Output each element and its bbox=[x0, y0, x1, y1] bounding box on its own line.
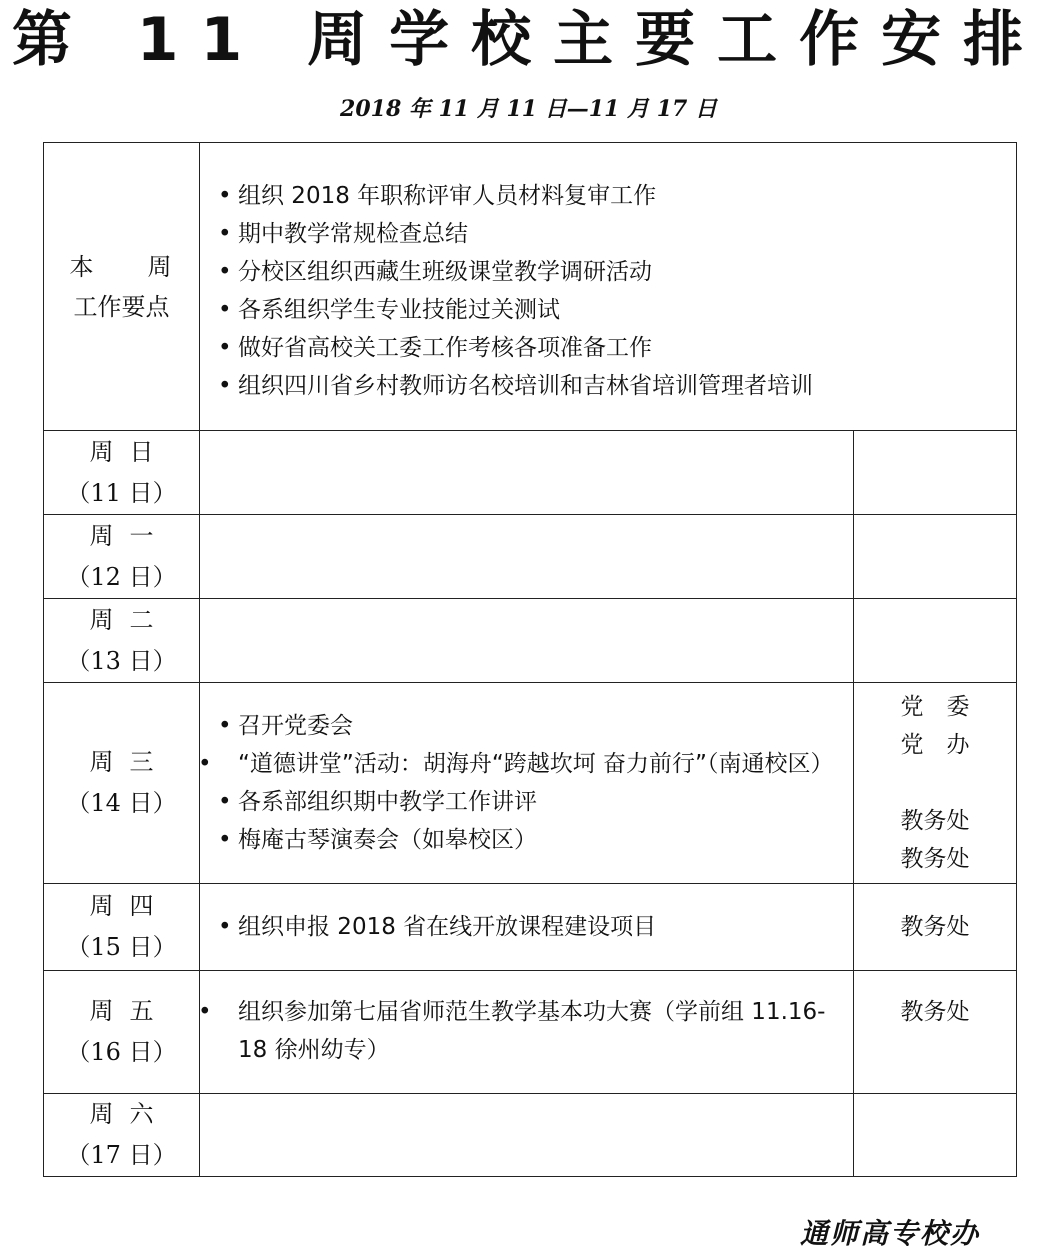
bullet-icon: • bbox=[218, 367, 238, 405]
task-text: “道德讲堂”活动：胡海舟“跨越坎坷 奋力前行”（南通校区） bbox=[238, 751, 833, 777]
task-item: •召开党委会 bbox=[218, 707, 853, 745]
weekday: 周二 bbox=[44, 600, 199, 641]
bullet-icon: • bbox=[218, 177, 238, 215]
weekday: 周三 bbox=[44, 742, 199, 783]
day-label: 周日（11 日） bbox=[44, 431, 200, 515]
day-tasks: •召开党委会 •“道德讲堂”活动：胡海舟“跨越坎坷 奋力前行”（南通校区） •各… bbox=[200, 683, 854, 884]
day-label: 周一（12 日） bbox=[44, 515, 200, 599]
key-point-item: •做好省高校关工委工作考核各项准备工作 bbox=[218, 329, 1016, 367]
day-dept bbox=[854, 599, 1017, 683]
key-points-label-line2: 工作要点 bbox=[44, 287, 199, 327]
bullet-icon: • bbox=[218, 783, 238, 821]
key-points-content: •组织 2018 年职称评审人员材料复审工作 •期中教学常规检查总结 •分校区组… bbox=[200, 143, 1017, 431]
key-point-text: 做好省高校关工委工作考核各项准备工作 bbox=[238, 335, 652, 361]
bullet-icon: • bbox=[218, 745, 238, 783]
dept-label: 教务处 bbox=[854, 802, 1016, 840]
key-point-text: 各系组织学生专业技能过关测试 bbox=[238, 297, 560, 323]
key-point-text: 组织四川省乡村教师访名校培训和吉林省培训管理者培训 bbox=[238, 373, 813, 399]
key-points-row: 本 周 工作要点 •组织 2018 年职称评审人员材料复审工作 •期中教学常规检… bbox=[44, 143, 1017, 431]
dept-label: 教务处 bbox=[854, 993, 1016, 1031]
dept-label: 党 办 bbox=[854, 726, 1016, 764]
day-dept: 教务处 bbox=[854, 884, 1017, 971]
bullet-icon: • bbox=[218, 253, 238, 291]
day-label: 周二（13 日） bbox=[44, 599, 200, 683]
key-point-item: •各系组织学生专业技能过关测试 bbox=[218, 291, 1016, 329]
key-point-item: •期中教学常规检查总结 bbox=[218, 215, 1016, 253]
day-row-saturday: 周六（17 日） bbox=[44, 1094, 1017, 1177]
dept-label: 教务处 bbox=[854, 908, 1016, 946]
task-text: 召开党委会 bbox=[238, 713, 353, 739]
dept-label bbox=[854, 764, 1016, 802]
day-dept bbox=[854, 1094, 1017, 1177]
page-title: 第 11 周学校主要工作安排 bbox=[0, 4, 1057, 76]
day-tasks: •组织申报 2018 省在线开放课程建设项目 bbox=[200, 884, 854, 971]
day-tasks: •组织参加第七届省师范生教学基本功大赛（学前组 11.16-18 徐州幼专） bbox=[200, 971, 854, 1094]
day-row-friday: 周五（16 日） •组织参加第七届省师范生教学基本功大赛（学前组 11.16-1… bbox=[44, 971, 1017, 1094]
key-point-text: 期中教学常规检查总结 bbox=[238, 221, 468, 247]
key-point-text: 分校区组织西藏生班级课堂教学调研活动 bbox=[238, 259, 652, 285]
day-row-monday: 周一（12 日） bbox=[44, 515, 1017, 599]
task-item: •梅庵古琴演奏会（如皋校区） bbox=[218, 821, 853, 859]
day-date: （14 日） bbox=[44, 783, 199, 824]
bullet-icon: • bbox=[218, 215, 238, 253]
key-point-item: •分校区组织西藏生班级课堂教学调研活动 bbox=[218, 253, 1016, 291]
day-row-wednesday: 周三（14 日） •召开党委会 •“道德讲堂”活动：胡海舟“跨越坎坷 奋力前行”… bbox=[44, 683, 1017, 884]
bullet-icon: • bbox=[218, 707, 238, 745]
bullet-icon: • bbox=[218, 908, 238, 946]
day-label: 周四（15 日） bbox=[44, 884, 200, 971]
key-points-label: 本 周 工作要点 bbox=[44, 143, 200, 431]
key-points-label-line1: 本 周 bbox=[44, 247, 199, 287]
day-date: （17 日） bbox=[44, 1135, 199, 1176]
issuer-signature: 通师高专校办 bbox=[800, 1212, 980, 1252]
date-range: 2018 年 11 月 11 日—11 月 17 日 bbox=[0, 92, 1057, 126]
task-item: •组织参加第七届省师范生教学基本功大赛（学前组 11.16-18 徐州幼专） bbox=[218, 993, 853, 1069]
day-tasks bbox=[200, 1094, 854, 1177]
day-tasks bbox=[200, 431, 854, 515]
task-item: •“道德讲堂”活动：胡海舟“跨越坎坷 奋力前行”（南通校区） bbox=[218, 745, 853, 783]
day-tasks bbox=[200, 599, 854, 683]
day-dept bbox=[854, 515, 1017, 599]
task-text: 组织参加第七届省师范生教学基本功大赛（学前组 11.16-18 徐州幼专） bbox=[238, 999, 825, 1063]
day-label: 周五（16 日） bbox=[44, 971, 200, 1094]
bullet-icon: • bbox=[218, 329, 238, 367]
day-dept: 教务处 bbox=[854, 971, 1017, 1094]
key-point-item: •组织 2018 年职称评审人员材料复审工作 bbox=[218, 177, 1016, 215]
key-point-item: •组织四川省乡村教师访名校培训和吉林省培训管理者培训 bbox=[218, 367, 1016, 405]
task-text: 各系部组织期中教学工作讲评 bbox=[238, 789, 537, 815]
task-item: •各系部组织期中教学工作讲评 bbox=[218, 783, 853, 821]
day-label: 周三（14 日） bbox=[44, 683, 200, 884]
key-point-text: 组织 2018 年职称评审人员材料复审工作 bbox=[238, 183, 656, 209]
weekday: 周六 bbox=[44, 1094, 199, 1135]
day-tasks bbox=[200, 515, 854, 599]
task-text: 梅庵古琴演奏会（如皋校区） bbox=[238, 827, 537, 853]
task-item: •组织申报 2018 省在线开放课程建设项目 bbox=[218, 908, 853, 946]
schedule-table: 本 周 工作要点 •组织 2018 年职称评审人员材料复审工作 •期中教学常规检… bbox=[43, 142, 1017, 1177]
weekday: 周一 bbox=[44, 516, 199, 557]
day-date: （16 日） bbox=[44, 1032, 199, 1073]
day-label: 周六（17 日） bbox=[44, 1094, 200, 1177]
bullet-icon: • bbox=[218, 291, 238, 329]
day-date: （15 日） bbox=[44, 927, 199, 968]
day-date: （11 日） bbox=[44, 473, 199, 514]
weekday: 周日 bbox=[44, 432, 199, 473]
task-text: 组织申报 2018 省在线开放课程建设项目 bbox=[238, 914, 656, 940]
bullet-icon: • bbox=[218, 821, 238, 859]
day-row-tuesday: 周二（13 日） bbox=[44, 599, 1017, 683]
weekday: 周四 bbox=[44, 886, 199, 927]
day-date: （13 日） bbox=[44, 641, 199, 682]
dept-label: 党 委 bbox=[854, 688, 1016, 726]
day-row-sunday: 周日（11 日） bbox=[44, 431, 1017, 515]
bullet-icon: • bbox=[218, 993, 238, 1031]
day-dept: 党 委 党 办 教务处 教务处 bbox=[854, 683, 1017, 884]
day-row-thursday: 周四（15 日） •组织申报 2018 省在线开放课程建设项目 教务处 bbox=[44, 884, 1017, 971]
day-date: （12 日） bbox=[44, 557, 199, 598]
dept-label: 教务处 bbox=[854, 840, 1016, 878]
day-dept bbox=[854, 431, 1017, 515]
weekday: 周五 bbox=[44, 991, 199, 1032]
